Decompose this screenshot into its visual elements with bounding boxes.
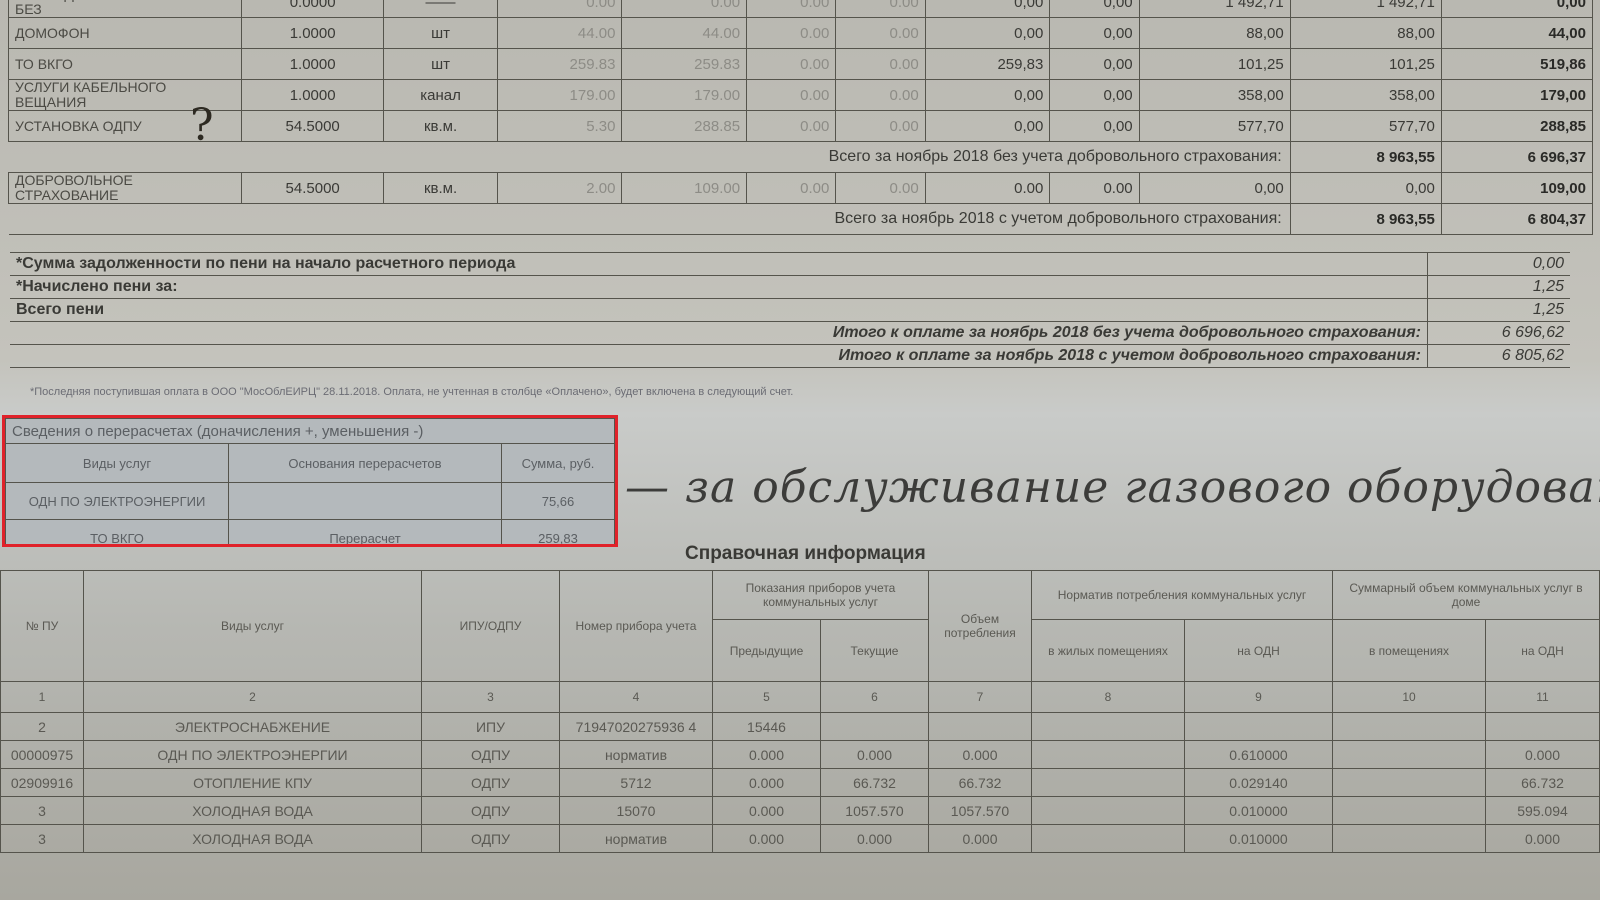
ref-prev: 0.000 xyxy=(713,741,821,769)
ref-pu: 00000975 xyxy=(1,741,84,769)
penalty-label: *Сумма задолженности по пени на начало р… xyxy=(10,253,1428,276)
ref-curr: 1057.570 xyxy=(821,797,929,825)
charge-recalc: 0.00 xyxy=(747,173,836,204)
penalty-row: *Начислено пени за:1,25 xyxy=(10,276,1570,299)
handwritten-question-mark: ? xyxy=(190,100,214,151)
ref-header-total: Суммарный объем коммунальных услуг в дом… xyxy=(1333,571,1600,620)
ref-prev: 0.000 xyxy=(713,825,821,853)
ref-pu: 3 xyxy=(1,825,84,853)
ref-total-rooms xyxy=(1333,825,1486,853)
charge-accrued: 259.83 xyxy=(622,49,747,80)
ref-row: 02909916ОТОПЛЕНИЕ КПУОДПУ57120.00066.732… xyxy=(1,769,1600,797)
charge-tariff: 259.83 xyxy=(497,49,622,80)
ref-service: ЭЛЕКТРОСНАБЖЕНИЕ xyxy=(84,713,422,741)
penalty-row: Итого к оплате за ноябрь 2018 без учета … xyxy=(10,322,1570,345)
charge-c12: 577,70 xyxy=(1290,111,1441,142)
charge-accrued: 179.00 xyxy=(622,80,747,111)
ref-index-cell: 1 xyxy=(1,682,84,713)
ref-index-cell: 3 xyxy=(422,682,560,713)
ref-header-type: ИПУ/ОДПУ xyxy=(422,571,560,682)
charge-volume: 1.0000 xyxy=(242,49,384,80)
charge-c12: 1 492,71 xyxy=(1290,0,1441,18)
penalty-value: 1,25 xyxy=(1428,276,1571,299)
ref-header-meter: Номер прибора учета xyxy=(560,571,713,682)
charge-c12: 0,00 xyxy=(1290,173,1441,204)
total-to-pay: 6 804,37 xyxy=(1441,204,1592,235)
ref-header-norm-living: в жилых помещениях xyxy=(1032,620,1185,682)
charge-row: УСЛУГИ КАБЕЛЬНОГО ВЕЩАНИЯ1.0000канал179.… xyxy=(9,80,1593,111)
charge-volume: 54.5000 xyxy=(242,173,384,204)
charge-c10: 0,00 xyxy=(1050,49,1139,80)
recalc-amount: 75,66 xyxy=(502,483,615,520)
charge-c10: 0,00 xyxy=(1050,111,1139,142)
penalty-label: Всего пени xyxy=(10,299,1428,322)
charge-c12: 101,25 xyxy=(1290,49,1441,80)
ref-norm-living xyxy=(1032,713,1185,741)
recalc-table: Сведения о перерасчетах (доначисления +,… xyxy=(5,418,615,547)
ref-norm-odn: 0.010000 xyxy=(1185,825,1333,853)
ref-index-cell: 8 xyxy=(1032,682,1185,713)
ref-curr: 0.000 xyxy=(821,825,929,853)
charge-to_pay: 519,86 xyxy=(1441,49,1592,80)
charge-name: ТО ВКГО xyxy=(9,49,242,80)
penalty-value: 6 805,62 xyxy=(1428,345,1571,368)
charge-row: ДОБРОВОЛЬНОЕ СТРАХОВАНИЕ54.5000кв.м.2.00… xyxy=(9,173,1593,204)
charge-c9: 0,00 xyxy=(925,80,1050,111)
charge-unit: —— xyxy=(384,0,497,18)
total-label: Всего за ноябрь 2018 с учетом добровольн… xyxy=(9,204,1291,235)
charge-accrued: 0.00 xyxy=(622,0,747,18)
charge-row: УСТАНОВКА ОДПУ54.5000кв.м.5.30288.850.00… xyxy=(9,111,1593,142)
ref-prev: 0.000 xyxy=(713,769,821,797)
charge-unit: шт xyxy=(384,49,497,80)
ref-volume: 0.000 xyxy=(929,741,1032,769)
ref-norm-odn xyxy=(1185,713,1333,741)
charge-c8: 0.00 xyxy=(836,0,925,18)
ref-norm-odn: 0.610000 xyxy=(1185,741,1333,769)
charge-tariff: 2.00 xyxy=(497,173,622,204)
ref-row: 2ЭЛЕКТРОСНАБЖЕНИЕИПУ71947020275936 41544… xyxy=(1,713,1600,741)
penalty-row: Итого к оплате за ноябрь 2018 с учетом д… xyxy=(10,345,1570,368)
ref-header-curr: Текущие xyxy=(821,620,929,682)
charge-name: ПЕРИОДОВ ОТОПЛЕНИЕ КПУ БЕЗ xyxy=(9,0,242,18)
charge-total-row: Всего за ноябрь 2018 с учетом добровольн… xyxy=(9,204,1593,235)
charge-to_pay: 179,00 xyxy=(1441,80,1592,111)
charge-recalc: 0.00 xyxy=(747,111,836,142)
ref-header-service: Виды услуг xyxy=(84,571,422,682)
charge-c9: 0,00 xyxy=(925,18,1050,49)
charge-c8: 0.00 xyxy=(836,80,925,111)
ref-index-cell: 10 xyxy=(1333,682,1486,713)
recalc-service: ТО ВКГО xyxy=(6,520,229,548)
ref-header-pu: № ПУ xyxy=(1,571,84,682)
ref-norm-living xyxy=(1032,797,1185,825)
charge-c8: 0.00 xyxy=(836,18,925,49)
ref-header-total-odn: на ОДН xyxy=(1486,620,1600,682)
ref-volume: 0.000 xyxy=(929,825,1032,853)
penalty-value: 1,25 xyxy=(1428,299,1571,322)
charge-accrued: 109.00 xyxy=(622,173,747,204)
ref-norm-odn: 0.029140 xyxy=(1185,769,1333,797)
ref-meter: норматив xyxy=(560,741,713,769)
charge-c8: 0.00 xyxy=(836,173,925,204)
ref-type: ОДПУ xyxy=(422,797,560,825)
ref-index-cell: 2 xyxy=(84,682,422,713)
penalty-row: Всего пени1,25 xyxy=(10,299,1570,322)
ref-meter: 5712 xyxy=(560,769,713,797)
charge-unit: шт xyxy=(384,18,497,49)
charge-recalc: 0.00 xyxy=(747,18,836,49)
charge-c11: 0,00 xyxy=(1139,173,1290,204)
ref-norm-living xyxy=(1032,741,1185,769)
charge-c11: 358,00 xyxy=(1139,80,1290,111)
ref-meter: 15070 xyxy=(560,797,713,825)
charge-name: ДОБРОВОЛЬНОЕ СТРАХОВАНИЕ xyxy=(9,173,242,204)
charge-c10: 0,00 xyxy=(1050,18,1139,49)
reference-table: № ПУ Виды услуг ИПУ/ОДПУ Номер прибора у… xyxy=(0,570,1600,853)
ref-type: ОДПУ xyxy=(422,769,560,797)
recalc-reason xyxy=(229,483,502,520)
recalc-header-service: Виды услуг xyxy=(6,444,229,483)
ref-row: 3ХОЛОДНАЯ ВОДАОДПУ150700.0001057.5701057… xyxy=(1,797,1600,825)
charge-c11: 88,00 xyxy=(1139,18,1290,49)
ref-index-cell: 11 xyxy=(1486,682,1600,713)
charge-c9: 259,83 xyxy=(925,49,1050,80)
charge-c11: 101,25 xyxy=(1139,49,1290,80)
ref-prev: 0.000 xyxy=(713,797,821,825)
charge-volume: 1.0000 xyxy=(242,18,384,49)
charge-c11: 1 492,71 xyxy=(1139,0,1290,18)
charge-recalc: 0.00 xyxy=(747,80,836,111)
charge-c9: 0,00 xyxy=(925,111,1050,142)
ref-total-rooms xyxy=(1333,797,1486,825)
recalc-service: ОДН ПО ЭЛЕКТРОЭНЕРГИИ xyxy=(6,483,229,520)
ref-curr xyxy=(821,713,929,741)
ref-service: ХОЛОДНАЯ ВОДА xyxy=(84,825,422,853)
charge-accrued: 44.00 xyxy=(622,18,747,49)
ref-total-rooms xyxy=(1333,713,1486,741)
penalty-row: *Сумма задолженности по пени на начало р… xyxy=(10,253,1570,276)
charge-tariff: 0.00 xyxy=(497,0,622,18)
charge-unit: кв.м. xyxy=(384,111,497,142)
charge-c12: 358,00 xyxy=(1290,80,1441,111)
ref-type: ИПУ xyxy=(422,713,560,741)
ref-total-odn: 595.094 xyxy=(1486,797,1600,825)
recalc-amount: 259,83 xyxy=(502,520,615,548)
charge-tariff: 179.00 xyxy=(497,80,622,111)
recalc-header-reason: Основания перерасчетов xyxy=(229,444,502,483)
charge-c8: 0.00 xyxy=(836,49,925,80)
ref-meter: 71947020275936 4 xyxy=(560,713,713,741)
ref-row: 3ХОЛОДНАЯ ВОДАОДПУнорматив0.0000.0000.00… xyxy=(1,825,1600,853)
charge-to_pay: 288,85 xyxy=(1441,111,1592,142)
ref-header-readings: Показания приборов учета коммунальных ус… xyxy=(713,571,929,620)
penalty-label: *Начислено пени за: xyxy=(10,276,1428,299)
penalty-label: Итого к оплате за ноябрь 2018 без учета … xyxy=(10,322,1428,345)
ref-header-total-rooms: в помещениях xyxy=(1333,620,1486,682)
total-debt: 8 963,55 xyxy=(1290,204,1441,235)
ref-volume xyxy=(929,713,1032,741)
ref-service: ХОЛОДНАЯ ВОДА xyxy=(84,797,422,825)
charge-c10: 0,00 xyxy=(1050,0,1139,18)
ref-header-consumption: Объем потребления xyxy=(929,571,1032,682)
penalty-table: *Сумма задолженности по пени на начало р… xyxy=(10,252,1570,368)
ref-index-row: 1234567891011 xyxy=(1,682,1600,713)
ref-index-cell: 4 xyxy=(560,682,713,713)
charge-tariff: 5.30 xyxy=(497,111,622,142)
handwritten-note: — за обслуживание газового оборудования xyxy=(625,462,1600,513)
charge-c8: 0.00 xyxy=(836,111,925,142)
charge-row: ТО ВКГО1.0000шт259.83259.830.000.00259,8… xyxy=(9,49,1593,80)
ref-service: ОДН ПО ЭЛЕКТРОЭНЕРГИИ xyxy=(84,741,422,769)
ref-pu: 3 xyxy=(1,797,84,825)
charge-to_pay: 0,00 xyxy=(1441,0,1592,18)
charge-name: ДОМОФОН xyxy=(9,18,242,49)
ref-index-cell: 5 xyxy=(713,682,821,713)
recalc-title: Сведения о перерасчетах (доначисления +,… xyxy=(6,419,615,444)
charge-volume: 54.5000 xyxy=(242,111,384,142)
ref-pu: 2 xyxy=(1,713,84,741)
ref-index-cell: 6 xyxy=(821,682,929,713)
ref-total-odn: 0.000 xyxy=(1486,825,1600,853)
ref-type: ОДПУ xyxy=(422,741,560,769)
recalc-reason: Перерасчет xyxy=(229,520,502,548)
charge-to_pay: 109,00 xyxy=(1441,173,1592,204)
recalc-row: ОДН ПО ЭЛЕКТРОЭНЕРГИИ 75,66 xyxy=(6,483,615,520)
recalc-highlight-box: Сведения о перерасчетах (доначисления +,… xyxy=(2,415,618,547)
recalc-header-amount: Сумма, руб. xyxy=(502,444,615,483)
ref-volume: 66.732 xyxy=(929,769,1032,797)
charge-tariff: 44.00 xyxy=(497,18,622,49)
ref-header-prev: Предыдущие xyxy=(713,620,821,682)
ref-total-odn: 0.000 xyxy=(1486,741,1600,769)
ref-header-norm-odn: на ОДН xyxy=(1185,620,1333,682)
charge-c11: 577,70 xyxy=(1139,111,1290,142)
charge-to_pay: 44,00 xyxy=(1441,18,1592,49)
ref-total-odn xyxy=(1486,713,1600,741)
ref-norm-living xyxy=(1032,769,1185,797)
ref-total-odn: 66.732 xyxy=(1486,769,1600,797)
charge-volume: 1.0000 xyxy=(242,80,384,111)
recalc-row: ТО ВКГО Перерасчет 259,83 xyxy=(6,520,615,548)
ref-meter: норматив xyxy=(560,825,713,853)
charge-row: ПЕРИОДОВ ОТОПЛЕНИЕ КПУ БЕЗ0.0000——0.000.… xyxy=(9,0,1593,18)
ref-service: ОТОПЛЕНИЕ КПУ xyxy=(84,769,422,797)
penalty-value: 6 696,62 xyxy=(1428,322,1571,345)
penalty-label: Итого к оплате за ноябрь 2018 с учетом д… xyxy=(10,345,1428,368)
ref-pu: 02909916 xyxy=(1,769,84,797)
charge-c10: 0.00 xyxy=(1050,173,1139,204)
charge-volume: 0.0000 xyxy=(242,0,384,18)
charge-unit: канал xyxy=(384,80,497,111)
ref-curr: 66.732 xyxy=(821,769,929,797)
ref-index-cell: 7 xyxy=(929,682,1032,713)
ref-index-cell: 9 xyxy=(1185,682,1333,713)
ref-curr: 0.000 xyxy=(821,741,929,769)
total-debt: 8 963,55 xyxy=(1290,142,1441,173)
ref-row: 00000975ОДН ПО ЭЛЕКТРОЭНЕРГИИОДПУнормати… xyxy=(1,741,1600,769)
ref-header-norm: Норматив потребления коммунальных услуг xyxy=(1032,571,1333,620)
ref-prev: 15446 xyxy=(713,713,821,741)
charge-c9: 0.00 xyxy=(925,173,1050,204)
reference-title: Справочная информация xyxy=(685,543,926,565)
charge-c10: 0,00 xyxy=(1050,80,1139,111)
charge-c9: 0,00 xyxy=(925,0,1050,18)
ref-total-rooms xyxy=(1333,769,1486,797)
ref-type: ОДПУ xyxy=(422,825,560,853)
charge-row: ДОМОФОН1.0000шт44.0044.000.000.000,000,0… xyxy=(9,18,1593,49)
ref-norm-odn: 0.010000 xyxy=(1185,797,1333,825)
penalty-value: 0,00 xyxy=(1428,253,1571,276)
ref-volume: 1057.570 xyxy=(929,797,1032,825)
charge-recalc: 0.00 xyxy=(747,0,836,18)
payment-footnote: *Последняя поступившая оплата в ООО "Мос… xyxy=(30,386,793,398)
charge-c12: 88,00 xyxy=(1290,18,1441,49)
charge-total-row: Всего за ноябрь 2018 без учета доброволь… xyxy=(9,142,1593,173)
total-to-pay: 6 696,37 xyxy=(1441,142,1592,173)
charge-unit: кв.м. xyxy=(384,173,497,204)
charge-accrued: 288.85 xyxy=(622,111,747,142)
charges-table: ПЕРИОДОВ ОТОПЛЕНИЕ КПУ БЕЗ0.0000——0.000.… xyxy=(8,0,1593,235)
ref-total-rooms xyxy=(1333,741,1486,769)
ref-norm-living xyxy=(1032,825,1185,853)
charge-recalc: 0.00 xyxy=(747,49,836,80)
